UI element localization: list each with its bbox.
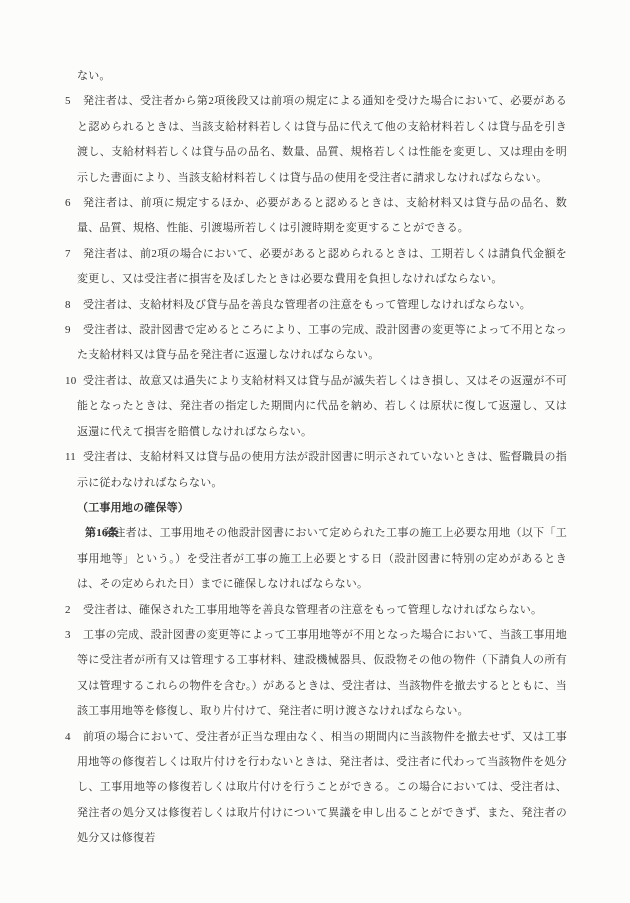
paragraph: ない。 — [59, 64, 567, 89]
paragraph-number: 8 — [59, 293, 71, 318]
paragraph: 6発注者は、前項に規定するほか、必要があると認めるときは、支給材料又は貸与品の品… — [59, 191, 567, 242]
paragraph-number: 9 — [59, 318, 71, 343]
contract-text-body: ない。 5発注者は、受注者から第2項後段又は前項の規定による通知を受けた場合にお… — [59, 64, 567, 852]
paragraph-text: 発注者は、前項に規定するほか、必要があると認めるときは、支給材料又は貸与品の品名… — [77, 197, 567, 234]
paragraph: 8受注者は、支給材料及び貸与品を善良な管理者の注意をもって管理しなければならない… — [59, 293, 567, 318]
paragraph-number: 10 — [59, 369, 76, 394]
paragraph-text: ない。 — [77, 70, 111, 82]
paragraph-text: 前項の場合において、受注者が正当な理由なく、相当の期間内に当該物件を撤去せず、又… — [77, 731, 567, 845]
paragraph: 11受注者は、支給材料又は貸与品の使用方法が設計図書に明示されていないときは、監… — [59, 445, 567, 496]
paragraph-number: 4 — [59, 725, 71, 750]
paragraph-number: 3 — [59, 623, 71, 648]
paragraph-text: 受注者は、支給材料及び貸与品を善良な管理者の注意をもって管理しなければならない。 — [83, 299, 531, 311]
paragraph-text: 受注者は、設計図書で定めるところにより、工事の完成、設計図書の変更等によって不用… — [77, 324, 567, 361]
paragraph: 3工事の完成、設計図書の変更等によって工事用地等が不用となった場合において、当該… — [59, 623, 567, 725]
paragraph: 4前項の場合において、受注者が正当な理由なく、相当の期間内に当該物件を撤去せず、… — [59, 725, 567, 852]
paragraph: 2受注者は、確保された工事用地等を善良な管理者の注意をもって管理しなければならな… — [59, 598, 567, 623]
paragraph: 第16条発注者は、工事用地その他設計図書において定められた工事の施工上必要な用地… — [59, 521, 567, 597]
paragraph: 10受注者は、故意又は過失により支給材料又は貸与品が滅失若しくはき損し、又はその… — [59, 369, 567, 445]
paragraph-number: 6 — [59, 191, 71, 216]
paragraph-text: 受注者は、支給材料又は貸与品の使用方法が設計図書に明示されていないときは、監督職… — [77, 451, 567, 488]
paragraph-text: 発注者は、受注者から第2項後段又は前項の規定による通知を受けた場合において、必要… — [77, 95, 567, 183]
paragraph-text: 発注者は、工事用地その他設計図書において定められた工事の施工上必要な用地（以下「… — [77, 527, 567, 590]
paragraph: （工事用地の確保等） — [59, 496, 567, 521]
paragraph-number: 5 — [59, 89, 71, 114]
paragraph: 5発注者は、受注者から第2項後段又は前項の規定による通知を受けた場合において、必… — [59, 89, 567, 191]
paragraph-number: 2 — [59, 598, 71, 623]
paragraph-text: 発注者は、前2項の場合において、必要があると認められるときは、工期若しくは請負代… — [77, 248, 567, 285]
paragraph-number: 第16条 — [59, 521, 119, 546]
paragraph: 7発注者は、前2項の場合において、必要があると認められるときは、工期若しくは請負… — [59, 242, 567, 293]
paragraph: 9受注者は、設計図書で定めるところにより、工事の完成、設計図書の変更等によって不… — [59, 318, 567, 369]
document-page: ない。 5発注者は、受注者から第2項後段又は前項の規定による通知を受けた場合にお… — [0, 0, 630, 903]
paragraph-number: 11 — [59, 445, 76, 470]
paragraph-text: 受注者は、故意又は過失により支給材料又は貸与品が滅失若しくはき損し、又はその返還… — [77, 375, 567, 438]
paragraph-text: 工事の完成、設計図書の変更等によって工事用地等が不用となった場合において、当該工… — [77, 629, 567, 717]
paragraph-number: 7 — [59, 242, 71, 267]
paragraph-text: （工事用地の確保等） — [77, 502, 189, 514]
paragraph-text: 受注者は、確保された工事用地等を善良な管理者の注意をもって管理しなければならない… — [83, 604, 542, 616]
